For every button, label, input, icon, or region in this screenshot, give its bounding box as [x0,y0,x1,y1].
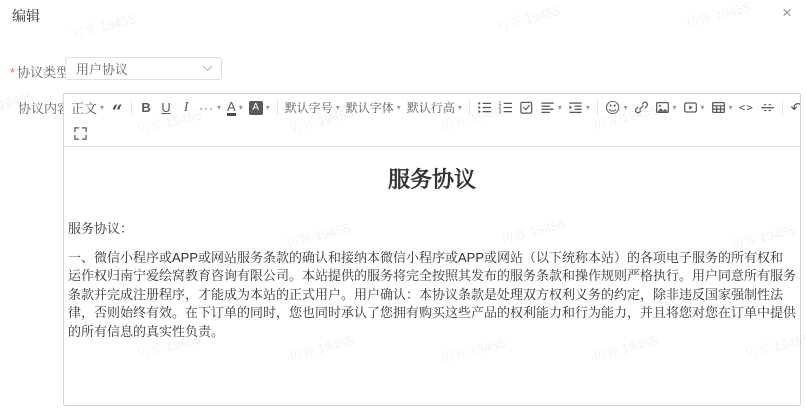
watermark-text: 访客 19455 [684,0,752,31]
required-mark: * [10,65,15,80]
table-button[interactable]: ▾ [708,97,736,119]
document-heading: 服务协议 [68,163,796,194]
more-text-style-button[interactable]: ··· ▾ [196,97,224,119]
editor-toolbar-row2 [64,121,800,147]
table-icon [711,100,726,115]
undo-icon: ↶ [791,99,800,117]
toolbar-separator [782,100,783,115]
rich-text-editor: 正文 ▾ “ B U I ··· ▾ A ▾ A ▾ 默认字号 [63,93,801,406]
caret-down-icon: ▾ [397,104,401,112]
editor-toolbar: 正文 ▾ “ B U I ··· ▾ A ▾ A ▾ 默认字号 [64,94,800,121]
caret-down-icon: ▾ [729,104,733,112]
indent-icon [568,100,583,115]
code-button[interactable]: <> [736,97,757,119]
close-button[interactable]: × [776,2,798,24]
close-icon: × [782,3,792,23]
indent-button[interactable]: ▾ [565,97,593,119]
document-body-paragraph: 一、微信小程序或APP或网站服务条款的确认和接纳本微信小程序或APP或网站（以下… [68,249,796,342]
font-size-select[interactable]: 默认字号 ▾ [282,97,343,119]
ordered-list-icon: 1 2 3 [498,100,513,115]
video-icon [683,100,698,115]
caret-down-icon: ▾ [701,104,705,112]
bg-color-icon: A [249,101,263,115]
caret-down-icon: ▾ [673,104,677,112]
ordered-list-button[interactable]: 1 2 3 [495,97,516,119]
todo-list-button[interactable] [516,97,537,119]
emoji-button[interactable]: ☺ ▾ [602,97,631,119]
edit-dialog: 访客 19455访客 19455访客 19455访客 19455访客 19455… [0,0,806,411]
align-icon [540,100,555,115]
caret-down-icon: ▾ [558,104,562,112]
toolbar-separator [277,100,278,115]
link-icon [634,100,649,115]
underline-button[interactable]: U [156,97,176,119]
blockquote-button[interactable]: “ [107,97,127,119]
align-button[interactable]: ▾ [537,97,565,119]
chevron-down-icon [202,65,213,72]
emoji-icon: ☺ [605,99,621,117]
agreement-type-label: *协议类型 [10,62,69,81]
video-button[interactable]: ▾ [680,97,708,119]
toolbar-separator [597,100,598,115]
toolbar-separator [469,100,470,115]
divider-button[interactable] [757,97,778,119]
caret-down-icon: ▾ [624,104,628,112]
bullet-list-button[interactable] [474,97,495,119]
fullscreen-button[interactable] [70,123,91,145]
agreement-type-value: 用户协议 [76,59,202,78]
caret-down-icon: ▾ [100,104,104,112]
dialog-title: 编辑 [12,6,40,26]
agreement-type-select[interactable]: 用户协议 [65,57,222,80]
caret-down-icon: ▾ [266,104,270,112]
todo-checkbox-icon [519,100,534,115]
undo-button[interactable]: ↶ [787,97,800,119]
quote-icon: “ [112,107,123,117]
font-family-select[interactable]: 默认字体 ▾ [343,97,404,119]
bullet-list-icon [477,100,492,115]
ellipsis-icon: ··· [199,101,214,115]
caret-down-icon: ▾ [217,104,221,112]
fullscreen-icon [73,126,88,141]
svg-text:3: 3 [498,109,501,115]
divider-line-icon [760,100,775,115]
bold-button[interactable]: B [136,97,156,119]
caret-down-icon: ▾ [586,104,590,112]
editor-content-area[interactable]: 服务协议 服务协议： 一、微信小程序或APP或网站服务条款的确认和接纳本微信小程… [64,147,800,405]
paragraph-style-select[interactable]: 正文 ▾ [68,97,107,119]
document-intro-line: 服务协议： [68,220,796,239]
caret-down-icon: ▾ [239,104,243,112]
caret-down-icon: ▾ [458,104,462,112]
italic-button[interactable]: I [176,97,196,119]
font-color-button[interactable]: A ▾ [224,97,246,119]
toolbar-separator [131,100,132,115]
link-button[interactable] [631,97,652,119]
line-height-select[interactable]: 默认行高 ▾ [404,97,465,119]
watermark-text: 访客 19455 [494,0,562,34]
image-button[interactable]: ▾ [652,97,680,119]
image-icon [655,100,670,115]
bg-color-button[interactable]: A ▾ [246,97,273,119]
font-color-icon: A [227,100,236,116]
watermark-text: 访客 19455 [69,8,137,42]
caret-down-icon: ▾ [336,104,340,112]
